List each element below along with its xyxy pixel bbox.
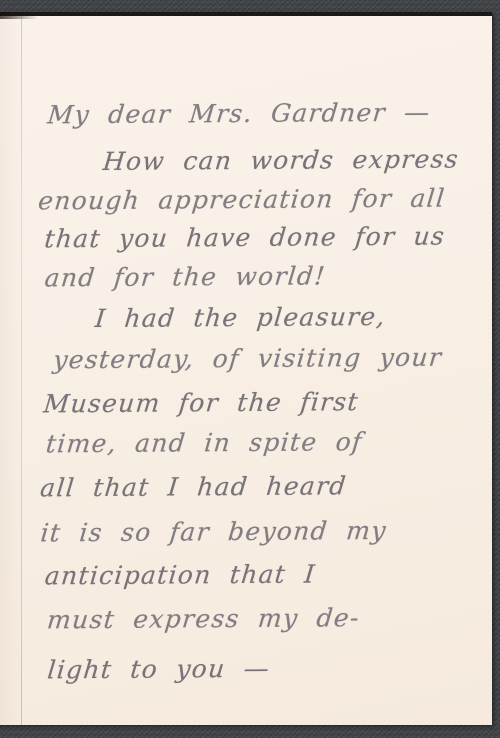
handwriting-line: enough appreciation for all [37,184,447,216]
handwriting-line: I had the pleasure, [94,302,388,333]
handwriting-line: yesterday, of visiting your [52,343,444,375]
handwriting-line: How can words express [102,144,461,176]
handwriting-line: light to you — [46,654,271,685]
handwriting-line: Museum for the first [42,387,360,418]
handwriting-line: anticipation that I [44,559,318,590]
letter-photograph: My dear Mrs. Gardner — How can words exp… [0,0,500,738]
handwriting-line: time, and in spite of [45,427,365,458]
handwriting-line: that you have done for us [43,222,447,254]
handwriting-line: all that I had heard [39,471,348,502]
letter-page: My dear Mrs. Gardner — How can words exp… [0,12,492,725]
handwriting-line: My dear Mrs. Gardner — [46,98,432,130]
handwriting-line: it is so far beyond my [39,516,388,547]
handwriting-line: must express my de- [46,603,361,634]
handwriting-line: and for the world! [43,261,327,292]
letter-body: My dear Mrs. Gardner — How can words exp… [0,14,494,726]
